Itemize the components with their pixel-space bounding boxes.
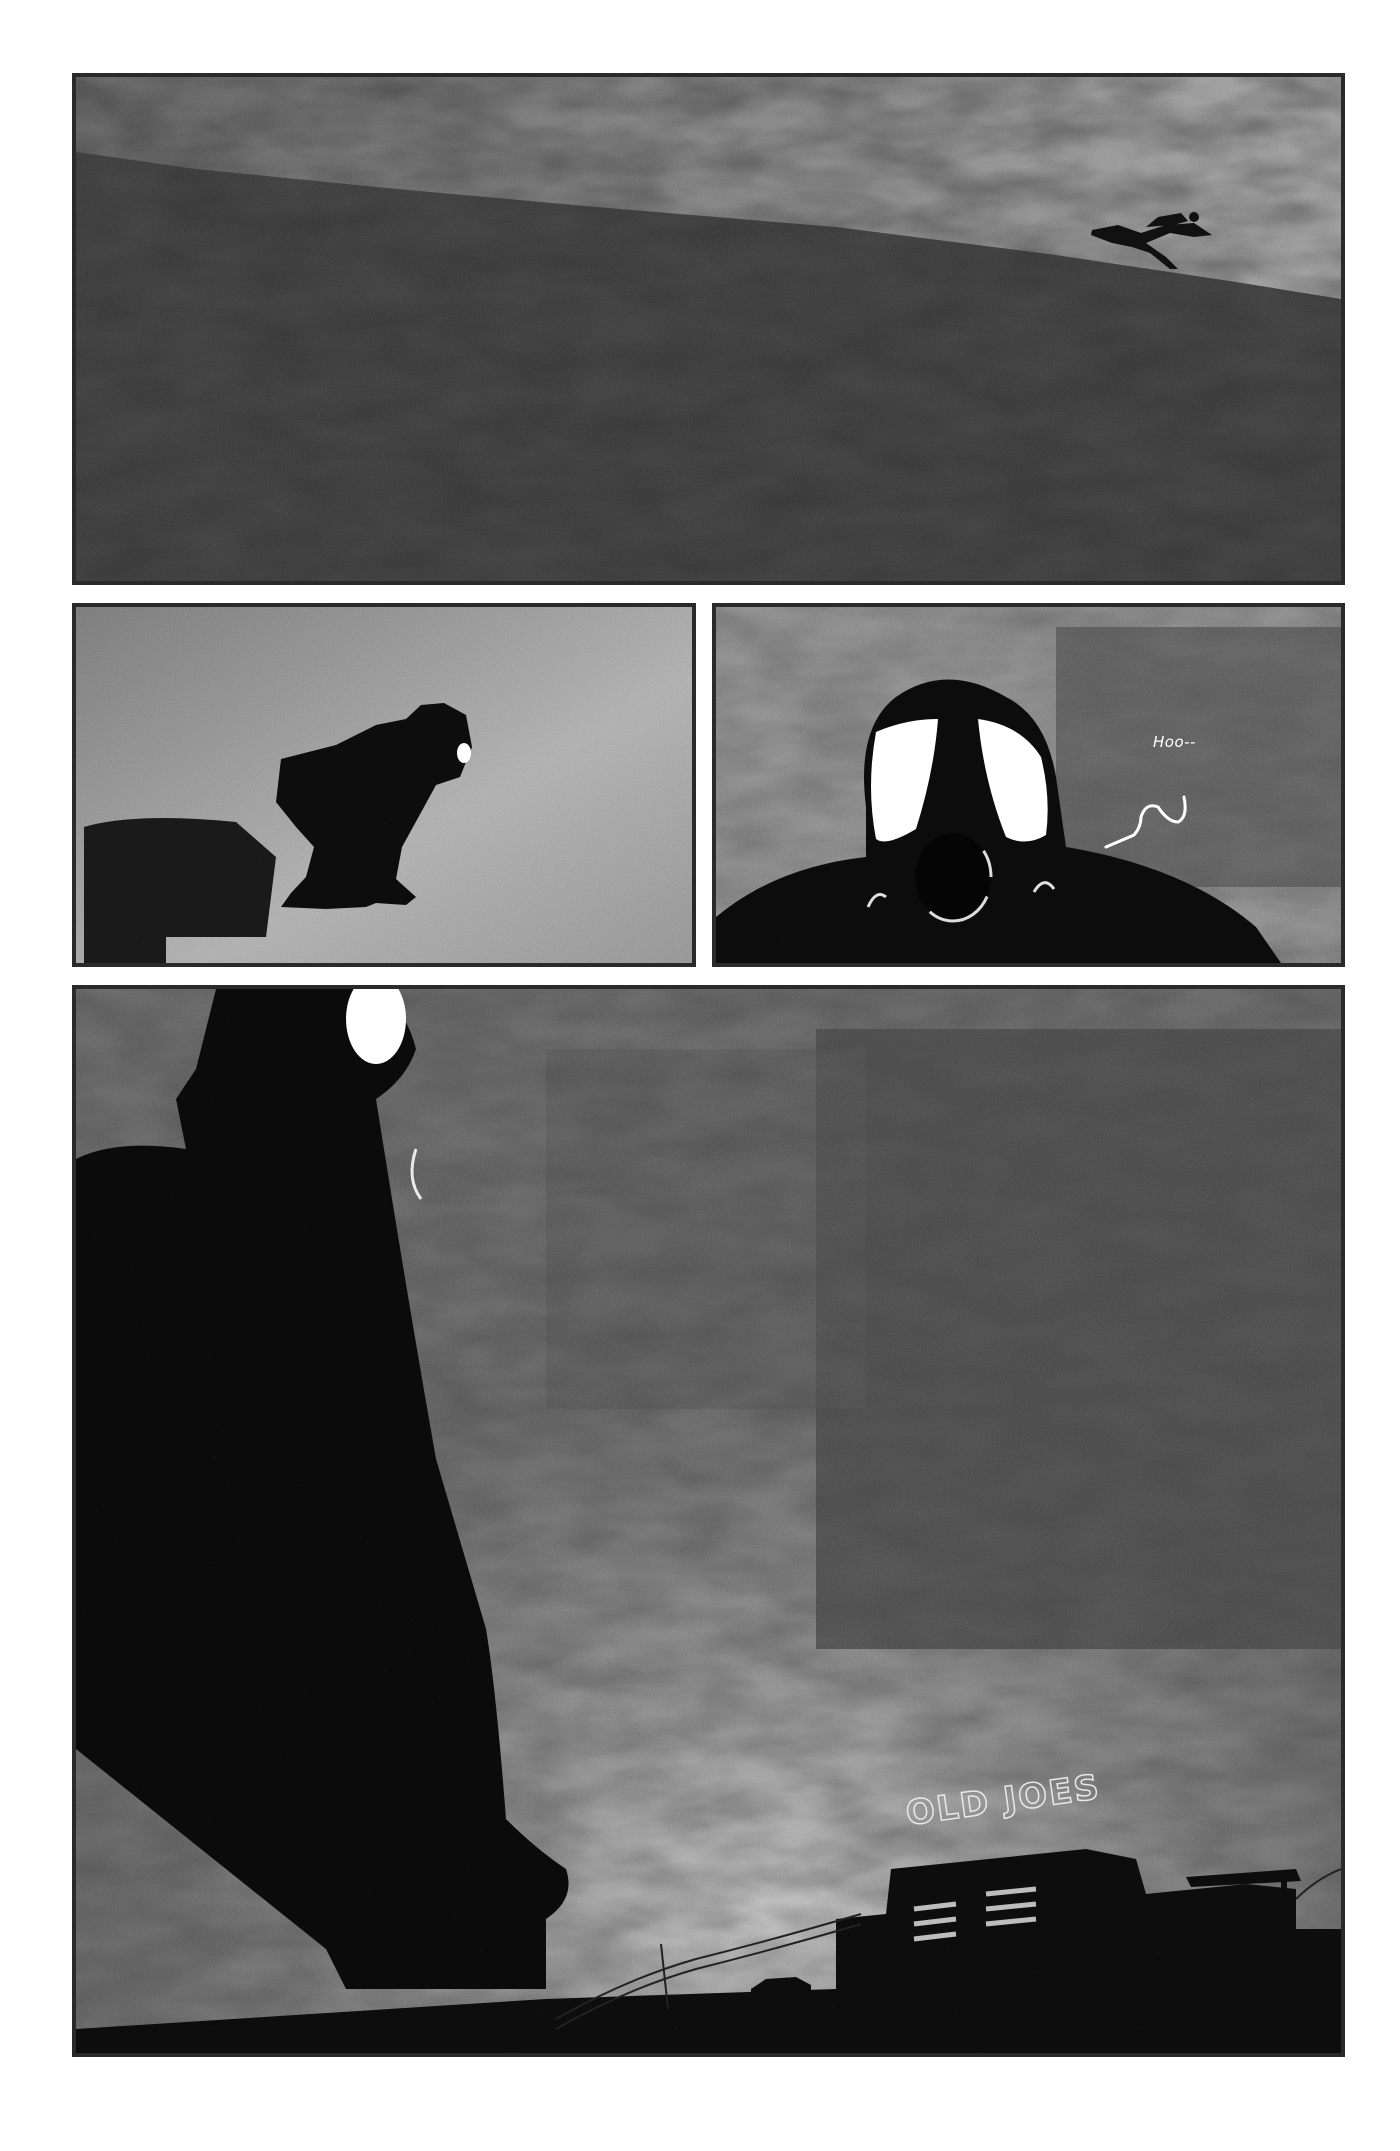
panel-1 xyxy=(72,73,1345,585)
panel-4: OLD JOES xyxy=(72,985,1345,2057)
panel-2-art xyxy=(76,607,692,963)
panel-4-art xyxy=(76,989,1341,2053)
sound-effect-hoo: Hoo-- xyxy=(1153,733,1196,751)
panel-1-art xyxy=(76,77,1341,581)
panel-2 xyxy=(72,603,696,967)
panel-3-art xyxy=(716,607,1341,963)
panel-3: Hoo-- xyxy=(712,603,1345,967)
